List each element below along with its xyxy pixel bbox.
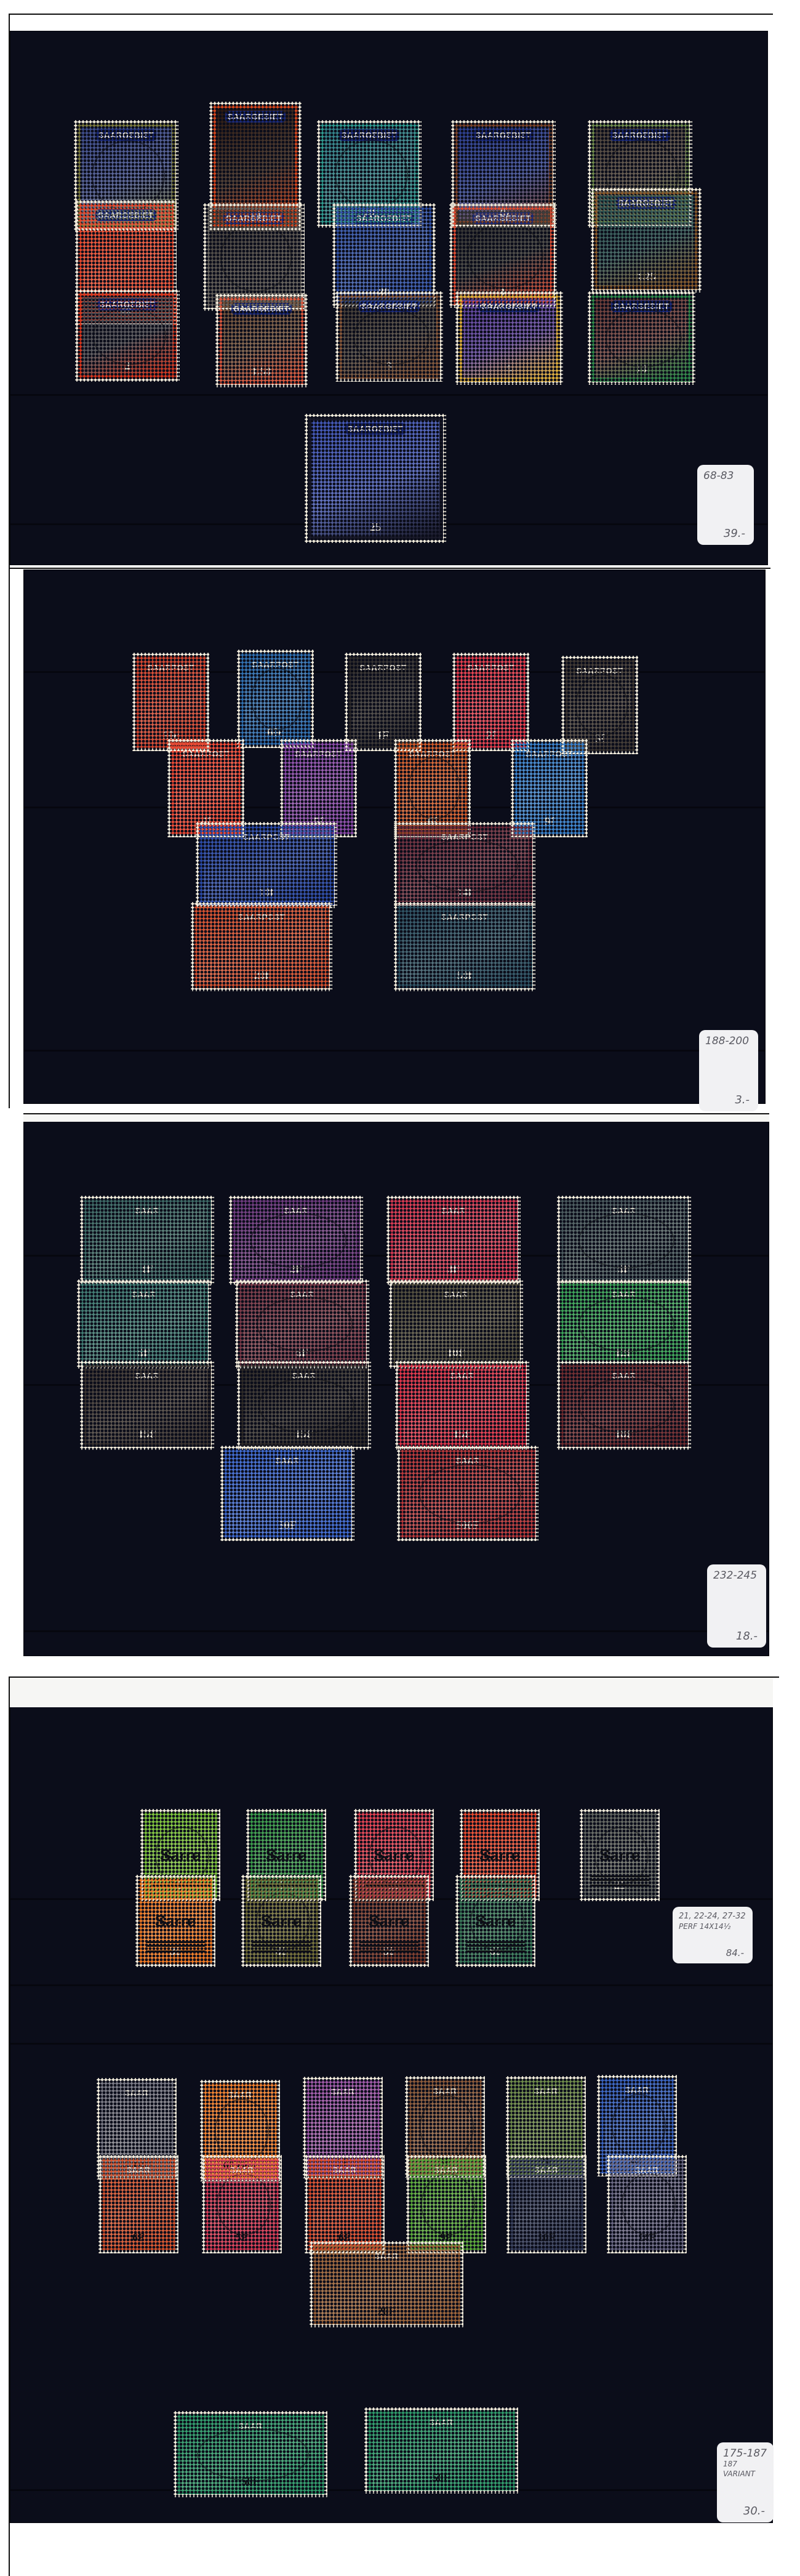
stamp-design: SAAR10F: [510, 2158, 583, 2250]
overprint-bars: [359, 1941, 418, 1952]
stamp-value: 1.50: [252, 365, 271, 378]
stamp: SAAR6F: [235, 1279, 369, 1369]
stamp: SAARPOST14f: [394, 822, 535, 908]
postmark: [353, 309, 429, 366]
stamp-value: 30F: [279, 1519, 297, 1532]
stamp: SAAR5F: [557, 1196, 691, 1285]
stamp-value: 10F: [538, 2231, 556, 2244]
stamp-design: SAARPOST4f: [170, 742, 241, 834]
price-label-sheet-3: 232-245 18.-: [707, 1564, 766, 1648]
stamp-value: 5: [506, 363, 512, 376]
postmark: [257, 1297, 353, 1352]
postmark: [419, 1464, 521, 1524]
stamp-inscription: SAAR: [122, 2087, 151, 2099]
stamp-inscription: SAARGEBIET: [95, 209, 156, 221]
stamp: SAAR10F: [389, 1279, 523, 1369]
price: 3.-: [735, 1093, 750, 1106]
stamp: SAARPOST20f: [191, 902, 332, 991]
stamp-inscription: SAAR: [532, 2164, 561, 2176]
stamp: 40Sarre: [241, 1875, 321, 1967]
stamp-design: SAAR10F: [392, 1282, 520, 1366]
stamp-inscription: SAARPOST: [241, 831, 292, 843]
stamp: 50Sarre: [349, 1875, 429, 1967]
catalog-range: 188-200: [705, 1035, 752, 1047]
stamp-design: SAAR5F: [205, 2158, 279, 2250]
stamp-inscription: [493, 1884, 498, 1886]
stamp-design: SAAR15F: [398, 1364, 526, 1447]
stamp-design: SAARGEBIET1.50: [218, 297, 305, 384]
stamp-design: SAAR30F: [223, 1449, 351, 1538]
stamp-value: 10F: [447, 1346, 465, 1359]
stamp-inscription: [386, 1884, 391, 1886]
stamp-value: 2f: [486, 729, 495, 742]
stamp-inscription: SAARGEBIET: [354, 212, 414, 224]
catalog-range: 232-245: [713, 1569, 760, 1582]
stamp-inscription: [617, 1818, 622, 1821]
stamp-value: 10f: [259, 886, 274, 899]
postmark: [251, 668, 303, 730]
stamp: SAAR50F: [174, 2411, 327, 2497]
stamp-design: SAARPOST3f: [564, 659, 635, 751]
stamp-design: SAAR3F: [390, 1199, 518, 1282]
postmark: [578, 1213, 675, 1268]
postmark: [470, 1893, 524, 1950]
stamp-design: SAARPOST10c: [135, 656, 206, 748]
postmark: [420, 2095, 474, 2159]
stamp-design: SAAR12F: [560, 1282, 688, 1366]
stamp-design: SAARPOST10f: [199, 825, 334, 905]
stamp-inscription: SAAR: [427, 2417, 456, 2428]
stamp: SAAR2F: [229, 1196, 363, 1285]
postmark: [578, 1378, 675, 1433]
stamp-design: SAARGEBIET25: [308, 417, 443, 540]
price-label-sheet-1: 68-83 39.-: [697, 465, 754, 545]
stamp-design: SAAR15F: [83, 1364, 211, 1447]
price: 84.-: [726, 1947, 744, 1958]
stamp-inscription: SAARPOST: [145, 662, 196, 674]
stamp-inscription: [178, 1818, 183, 1821]
stamp-inscription: SAARGEBIET: [610, 129, 670, 141]
overprint-text: Sarre: [142, 1912, 209, 1931]
price: 18.-: [736, 1630, 758, 1643]
stamp-design: SAAR50F: [177, 2414, 324, 2494]
stamp-inscription: SAARGEBIET: [231, 303, 292, 315]
stamp-inscription: SAARGEBIET: [223, 212, 284, 224]
stamp-value: 20F: [378, 2305, 396, 2318]
price-label-sheet-4a: 21, 22-24, 27-32 PERF 14X14½ 84.-: [673, 1907, 753, 1963]
stamp-design: SAAR14F: [610, 2158, 684, 2250]
stamp-inscription: SAAR: [442, 1289, 471, 1300]
stamp: SAARGEBIET1.25: [591, 188, 702, 292]
stamp: SAAR6F: [98, 2155, 178, 2253]
catalog-range: 21, 22-24, 27-32: [679, 1912, 746, 1922]
stamp: SAARPOST1F: [345, 653, 422, 751]
postmark: [622, 2173, 676, 2236]
stamp: SAARPOST60c: [237, 650, 314, 748]
postmark: [408, 757, 460, 819]
stamp: SAAR15F: [395, 1361, 529, 1450]
stamp: SAARPOST10f: [196, 822, 337, 908]
stamp-inscription: SAARGEBIET: [96, 129, 156, 141]
stamp-value: 20f: [254, 969, 269, 982]
postmark: [215, 2099, 269, 2163]
stamp: 25Sarre: [580, 1809, 660, 1901]
overprint-text: Sarre: [356, 1912, 422, 1931]
stamp: SAAR6F: [305, 2155, 385, 2253]
stamp-inscription: SAAR: [439, 1205, 468, 1217]
stamp-inscription: SAARPOST: [465, 662, 516, 674]
postmark: [606, 309, 681, 368]
stamp-value: 15F: [454, 1428, 471, 1441]
stamp: SAAR5F: [202, 2155, 282, 2253]
stamp: SAARGEBIET10: [588, 291, 695, 385]
stamp-design: SAARGEBIET1: [452, 206, 554, 305]
variant-note: 187 VARIANT: [723, 2460, 767, 2479]
postmark: [258, 1378, 355, 1433]
postmark: [335, 140, 408, 208]
stamp: SAAR30F: [220, 1446, 354, 1541]
stamp-inscription: SAAR: [448, 1370, 477, 1382]
catalog-range: 175-187: [723, 2447, 767, 2460]
stamp-inscription: SAARGEBIET: [473, 129, 534, 141]
stamp-design: SAAR6F: [238, 1282, 366, 1366]
postmark: [467, 223, 543, 289]
stamp-design: SAARPOST9f: [514, 742, 585, 834]
stamp-design: SAARGEBIET5: [458, 294, 560, 382]
stamp: SAARPOST2f: [452, 653, 529, 751]
stamp-inscription: SAAR: [133, 1205, 162, 1217]
stamp: 60Sarre: [455, 1875, 535, 1967]
stamp-value: 50f: [457, 969, 472, 982]
stamp: SAARGEBIET5: [455, 291, 563, 385]
stamp-design: SAARPOST1F: [348, 656, 418, 748]
stamp-inscription: SAARPOST: [292, 748, 344, 760]
stamp-value: 1F: [141, 1263, 153, 1276]
stamp-design: SAARGEBIET2: [78, 292, 177, 379]
stamp-design: 25Sarre: [583, 1812, 657, 1898]
stamp: SAARGEBIET1.50: [215, 294, 308, 387]
stamp-inscription: [497, 1818, 502, 1821]
stamp-value: 1.25: [636, 270, 656, 283]
stamp: SAARGEBIET25: [305, 414, 446, 543]
postmark: [217, 2173, 271, 2236]
stamp-inscription: SAARGEBIET: [225, 111, 286, 123]
stamp-inscription: SAAR: [330, 2164, 359, 2176]
stamp: SAARPOST10c: [132, 653, 209, 751]
stamp-design: SAARPOST2f: [455, 656, 526, 748]
postmark: [575, 674, 627, 736]
postmark: [421, 2173, 475, 2236]
stamp-design: SAARPOST20f: [194, 905, 329, 988]
stamp-inscription: SAARPOST: [523, 748, 575, 760]
stamp-design: SAAR18F: [560, 1364, 688, 1447]
stamp-design: SAAR9F: [409, 2158, 483, 2250]
stamp: SAAR20F: [310, 2241, 463, 2327]
overprint-text: Sarre: [253, 1846, 319, 1865]
postmark: [93, 307, 166, 365]
stamp: SAAR1F: [80, 1196, 214, 1285]
stamp-value: 50F: [433, 2471, 450, 2484]
perforation-note: PERF 14X14½: [679, 1922, 746, 1932]
stamp: SAAR500F: [397, 1446, 538, 1541]
catalog-range: 68-83: [703, 470, 748, 482]
stamp-inscription: SAAR: [329, 2086, 358, 2098]
stamp-inscription: SAARGEBIET: [339, 129, 399, 141]
stamp-design: SAARGEBIET1.25: [594, 191, 698, 289]
stamp-design: SAAR20F: [313, 2244, 460, 2324]
stamp-inscription: SAARPOST: [357, 662, 409, 674]
stamp-value: 9f: [545, 815, 554, 828]
postmark: [416, 839, 518, 893]
postmark: [578, 1297, 675, 1352]
stamp: 30Sarre: [135, 1875, 215, 1967]
stamp-inscription: [284, 1818, 289, 1821]
overprint-bars: [146, 1941, 204, 1952]
stamp-value: 15F: [138, 1428, 156, 1441]
stamp-inscription: [279, 1884, 284, 1886]
stamp-inscription: SAAR: [273, 1455, 302, 1467]
stamp: SAAR12F: [557, 1279, 691, 1369]
stamp: SAAR14F: [607, 2155, 687, 2253]
postmark: [250, 1213, 347, 1268]
stamp: SAAR15F: [237, 1361, 371, 1450]
stamp-design: SAAR5F: [560, 1199, 688, 1282]
postmark: [256, 1893, 310, 1950]
stamp-design: 30Sarre: [138, 1878, 212, 1964]
stamp: SAARGEBIET3: [335, 291, 443, 382]
stamp-design: SAARPOST14f: [397, 825, 532, 905]
stamp-design: SAAR5F: [80, 1282, 208, 1366]
stamp-value: 6F: [132, 2231, 145, 2244]
price-label-sheet-2: 188-200 3.-: [699, 1030, 758, 1111]
stamp-inscription: SAARGEBIET: [616, 197, 676, 209]
stamp: SAAR15F: [80, 1361, 214, 1450]
stamp-inscription: SAARGEBIET: [479, 300, 539, 312]
stamp-design: 40Sarre: [244, 1878, 318, 1964]
stamp-inscription: SAAR: [124, 2164, 153, 2176]
stamp: SAAR18F: [557, 1361, 691, 1450]
stamp-design: SAARGEBIET10: [591, 294, 692, 382]
stamp-inscription: [173, 1884, 178, 1886]
stamp: SAARPOST50f: [394, 902, 535, 991]
stamp-inscription: SAAR: [372, 2250, 401, 2262]
postmark: [612, 2094, 666, 2158]
postmark: [197, 2428, 309, 2482]
stamp-value: 1F: [377, 729, 390, 742]
overprint-text: Sarre: [466, 1846, 533, 1865]
stamp-inscription: SAARPOST: [236, 911, 287, 923]
stamp-inscription: SAAR: [532, 2085, 561, 2097]
stamp-inscription: SAAR: [130, 1289, 159, 1300]
stamp-design: SAARPOST5f: [283, 742, 354, 834]
stamp-inscription: [391, 1818, 396, 1821]
stamp: SAAR5F: [77, 1279, 211, 1369]
stamp: SAAR3F: [386, 1196, 521, 1285]
stamp-value: 3F: [447, 1263, 460, 1276]
stamp-design: SAAR15F: [240, 1364, 368, 1447]
price: 39.-: [724, 527, 745, 540]
stamp-inscription: SAARPOST: [439, 911, 490, 923]
stamp-design: SAARGEBIET80: [335, 206, 433, 305]
stamp-design: SAAR500F: [400, 1449, 535, 1538]
stamp-design: 50Sarre: [352, 1878, 426, 1964]
stamp-design: SAAR50F: [367, 2410, 515, 2490]
price: 30.-: [743, 2505, 765, 2518]
stamp-design: SAAR6F: [308, 2158, 382, 2250]
stamp-inscription: SAAR: [133, 1370, 162, 1382]
postmark: [220, 223, 292, 291]
stamp-value: 25: [370, 521, 381, 534]
stamp-inscription: SAARGEBIET: [345, 423, 406, 435]
stamp-value: 5F: [138, 1346, 150, 1359]
stamp-design: SAAR6F: [102, 2158, 175, 2250]
stamp-design: SAAR1F: [83, 1199, 211, 1282]
stamp: SAARGEBIET2: [75, 289, 180, 382]
stamp: SAAR50F: [364, 2407, 518, 2493]
stamp-design: SAARPOST6f: [397, 742, 468, 834]
stamp: SAAR10F: [506, 2155, 586, 2253]
stamp-design: SAARGEBIET: [206, 206, 302, 308]
stamp: SAAR9F: [406, 2155, 486, 2253]
stamp-design: SAARGEBIET3: [338, 294, 440, 379]
stamp-design: SAARPOST50f: [397, 905, 532, 988]
price-label-sheet-4b: 175-187 187 VARIANT 30.-: [717, 2442, 774, 2522]
stamp-design: SAAR2F: [232, 1199, 360, 1282]
stamp-design: SAARPOST60c: [240, 653, 311, 745]
postmark: [594, 1827, 649, 1885]
stamp-design: 60Sarre: [458, 1878, 532, 1964]
stamp-inscription: SAARPOST: [180, 748, 231, 760]
